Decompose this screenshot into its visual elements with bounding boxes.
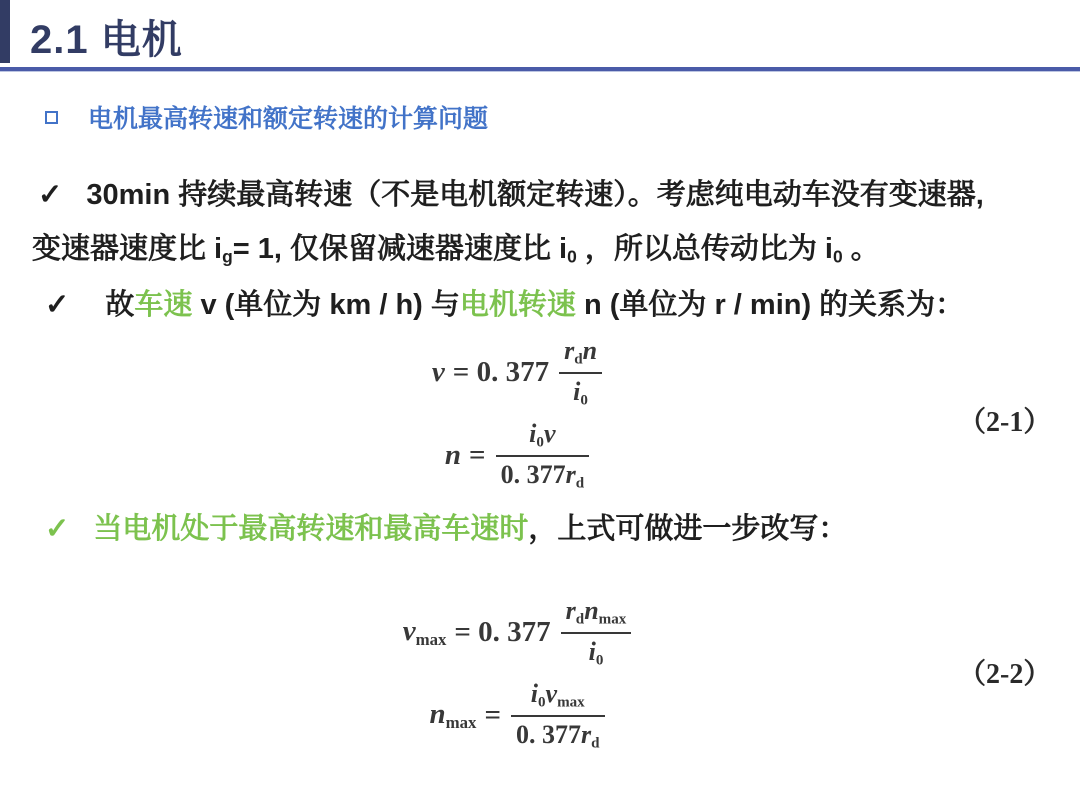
equation-2-label: （2-2） (958, 652, 1051, 692)
equation-group-2: vmax = 0. 377 rdnmax i0 nmax = i0vmax 0.… (332, 596, 702, 752)
fraction: i0v 0. 377rd (496, 419, 590, 492)
section-heading-text: 电机最高转速和额定转速的计算问题 (88, 99, 488, 135)
equation-group-1: v = 0. 377 rdn i0 n = i0v 0. 377rd (332, 336, 702, 492)
square-bullet-icon (45, 111, 58, 124)
equation-1-label: （2-1） (958, 400, 1051, 440)
equation-nmax: nmax = i0vmax 0. 377rd (429, 679, 604, 752)
section-heading: 电机最高转速和额定转速的计算问题 (45, 99, 488, 135)
slide: 2.1 电机 电机最高转速和额定转速的计算问题 ✓ 30min 持续最高转速（不… (0, 0, 1080, 809)
paragraph-1-line-2-text: 变速器速度比 ig= 1, 仅保留减速器速度比 i0 ，所以总传动比为 i0 。 (32, 233, 880, 265)
equation-vmax: vmax = 0. 377 rdnmax i0 (403, 596, 632, 669)
paragraph-1-line-1-text: 30min 持续最高转速（不是电机额定转速）。考虑纯电动车没有变速器, (86, 179, 983, 211)
title-accent-bar (0, 0, 10, 63)
paragraph-2: ✓ 故车速 v (单位为 km / h) 与电机转速 n (单位为 r / mi… (45, 282, 964, 323)
slide-title: 2.1 电机 (30, 8, 183, 65)
paragraph-3-text: 当电机处于最高转速和最高车速时，上式可做进一步改写： (93, 513, 847, 545)
check-icon: ✓ (45, 513, 69, 545)
fraction: rdnmax i0 (561, 596, 632, 669)
check-icon: ✓ (45, 289, 69, 321)
fraction: i0vmax 0. 377rd (511, 679, 605, 752)
paragraph-1-line-2: 变速器速度比 ig= 1, 仅保留减速器速度比 i0 ，所以总传动比为 i0 。 (32, 226, 880, 267)
paragraph-2-text: 故车速 v (单位为 km / h) 与电机转速 n (单位为 r / min)… (105, 289, 964, 321)
paragraph-3: ✓ 当电机处于最高转速和最高车速时，上式可做进一步改写： (45, 506, 847, 547)
check-icon: ✓ (38, 179, 62, 211)
equation-v: v = 0. 377 rdn i0 (432, 336, 602, 409)
fraction: rdn i0 (559, 336, 602, 409)
equation-n: n = i0v 0. 377rd (445, 419, 589, 492)
paragraph-1-line-1: ✓ 30min 持续最高转速（不是电机额定转速）。考虑纯电动车没有变速器, (38, 172, 984, 213)
title-divider (0, 67, 1080, 72)
